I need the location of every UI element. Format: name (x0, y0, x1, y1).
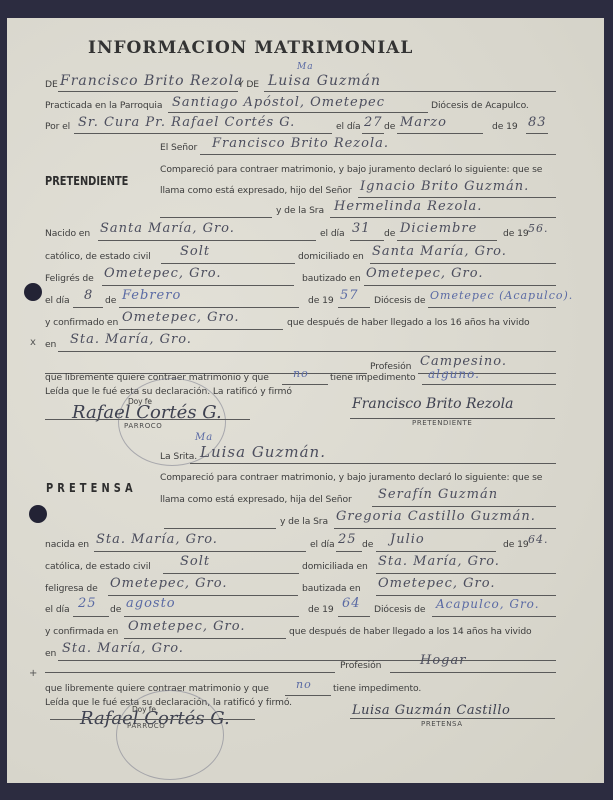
de-label-2: de (384, 121, 395, 133)
diocesis-label: Diócesis de (374, 604, 425, 616)
civil-status-field[interactable]: Solt (180, 555, 210, 569)
pretendiente-section-label: PRETENDIENTE (45, 174, 128, 188)
birth-year-field[interactable]: 56. (528, 222, 549, 236)
birth-year-label: de 19 (503, 228, 529, 240)
mother-field[interactable]: Gregoria Castillo Guzmán. (336, 510, 536, 524)
birth-year-field[interactable]: 64. (528, 533, 549, 547)
bride-signature: Luisa Guzmán Castillo (352, 703, 510, 718)
bapt-month-field[interactable]: agosto (126, 597, 176, 611)
birth-day-line (336, 551, 362, 552)
domicile-line (376, 573, 556, 574)
blank-line-3 (164, 528, 276, 529)
por-el-label: Por el (45, 121, 70, 133)
groom-name-line (58, 91, 238, 92)
birth-month-field[interactable]: Julio (390, 533, 425, 547)
blank-line-4 (45, 672, 335, 673)
bapt-month-line (124, 616, 299, 617)
groom-full-name-field[interactable]: Francisco Brito Rezola. (212, 137, 389, 151)
bapt-day-field[interactable]: 8 (84, 289, 93, 303)
lived-in-field[interactable]: Sta. María, Gro. (70, 333, 192, 347)
feligres-line (102, 285, 294, 286)
no-value-line (282, 384, 328, 385)
year-label: de 19 (492, 121, 518, 133)
civil-status-line (161, 263, 295, 264)
confirmed-in-field[interactable]: Ometepec, Gro. (122, 311, 240, 325)
profession-field[interactable]: Hogar (420, 654, 466, 668)
binder-hole-bottom (29, 505, 47, 523)
birth-year-label: de 19 (503, 539, 529, 551)
margin-mark: + (29, 668, 37, 679)
catolica-label: católica, de estado civil (45, 561, 151, 573)
el-dia-label: el día (310, 539, 335, 551)
civil-status-line (163, 573, 299, 574)
no-value-field[interactable]: no (293, 367, 309, 381)
catolico-label: católico, de estado civil (45, 251, 151, 263)
domiciliado-label: domiciliado en (298, 251, 364, 263)
confirmed-in-line (124, 638, 286, 639)
lived-in-field[interactable]: Sta. María, Gro. (62, 642, 184, 656)
parroco-signature-line (50, 719, 255, 720)
diocesis-line (428, 307, 556, 308)
margin-mark: x (30, 337, 36, 348)
year-field[interactable]: 83 (528, 116, 547, 130)
feligres-label: Feligrés de (45, 273, 94, 285)
diocesis-label: Diócesis de (374, 295, 425, 307)
parroquia-field[interactable]: Santiago Apóstol, Ometepec (172, 96, 385, 110)
en-label: en (45, 339, 56, 351)
despues-text: que después de haber llegado a los 14 añ… (289, 626, 532, 638)
bapt-dia-label: el día (45, 604, 70, 616)
comparecio-text: Compareció para contraer matrimonio, y b… (160, 472, 542, 484)
en-label: en (45, 648, 56, 660)
bapt-month-field[interactable]: Febrero (122, 289, 181, 303)
document-title: INFORMACION MATRIMONIAL (88, 38, 413, 58)
feligresa-label: feligresa de (45, 583, 98, 595)
parroco-signature-line (45, 419, 250, 420)
lived-in-line (58, 660, 556, 661)
birth-day-line (350, 240, 384, 241)
parroco-caption: PARROCO (124, 422, 162, 430)
bapt-year-label: de 19 (308, 295, 334, 307)
tiene-impedimento-label: tiene impedimento (330, 372, 416, 384)
day-line (362, 133, 384, 134)
birth-day-field[interactable]: 25 (338, 533, 357, 547)
birthplace-line (94, 551, 306, 552)
groom-signature: Francisco Brito Rezola (352, 396, 513, 412)
groom-name-field[interactable]: Francisco Brito Rezola (60, 74, 243, 88)
month-line (397, 133, 483, 134)
day-field[interactable]: 27 (364, 116, 383, 130)
bapt-year-field[interactable]: 57 (340, 289, 359, 303)
profession-line (390, 672, 556, 673)
mother-line (330, 217, 556, 218)
de-label: de (384, 228, 395, 240)
bapt-dia-label: el día (45, 295, 70, 307)
lived-in-line (58, 351, 556, 352)
birth-month-field[interactable]: Diciembre (400, 222, 477, 236)
binder-hole-top (24, 283, 42, 301)
bautizado-label: bautizado en (302, 273, 361, 285)
birth-day-field[interactable]: 31 (352, 222, 371, 236)
bapt-day-field[interactable]: 25 (78, 597, 97, 611)
parroquia-label: Practicada en la Parroquia (45, 100, 162, 112)
month-field[interactable]: Marzo (400, 116, 447, 130)
el-senor-label: El Señor (160, 142, 197, 154)
bride-name-line (264, 91, 556, 92)
bapt-year-label: de 19 (308, 604, 334, 616)
blank-line-1 (160, 217, 272, 218)
bapt-day-line (73, 616, 109, 617)
pretensa-section-label: PRETENSA (46, 481, 137, 495)
parroquia-line (168, 112, 428, 113)
baptized-in-line (376, 595, 556, 596)
bapt-day-line (73, 307, 103, 308)
bapt-year-field[interactable]: 64 (342, 597, 361, 611)
llama-label: llama como está expresado, hijo del Seño… (160, 185, 352, 197)
el-dia-label: el día (336, 121, 361, 133)
year-line (526, 133, 548, 134)
birthplace-field[interactable]: Sta. María, Gro. (96, 533, 218, 547)
birthplace-field[interactable]: Santa María, Gro. (100, 222, 235, 236)
de-label: DE (45, 79, 58, 91)
civil-status-field[interactable]: Solt (180, 245, 210, 259)
no-value-line (285, 695, 331, 696)
por-el-line (74, 133, 332, 134)
tiene-impedimento-label: tiene impedimento. (333, 683, 421, 695)
domicile-field[interactable]: Santa María, Gro. (372, 245, 507, 259)
bapt-de-label: de (110, 604, 121, 616)
bapt-month-line (119, 307, 299, 308)
diocesis-acapulco-label: Diócesis de Acapulco. (431, 100, 529, 112)
father-field[interactable]: Ignacio Brito Guzmán. (360, 180, 529, 194)
pretensa-caption: PRETENSA (421, 720, 463, 728)
domiciliada-label: domiciliada en (302, 561, 368, 573)
father-field[interactable]: Serafín Guzmán (378, 488, 498, 502)
por-el-field[interactable]: Sr. Cura Pr. Rafael Cortés G. (78, 116, 295, 130)
no-value-field[interactable]: no (296, 678, 312, 692)
pretendiente-caption: PRETENDIENTE (412, 419, 472, 427)
birth-month-line (397, 240, 497, 241)
baptized-in-field[interactable]: Ometepec, Gro. (378, 577, 496, 591)
baptized-in-field[interactable]: Ometepec, Gro. (366, 267, 484, 281)
profesion-label: Profesión (340, 660, 381, 672)
feligresa-field[interactable]: Ometepec, Gro. (110, 577, 228, 591)
la-srita-label: La Srita. (160, 451, 197, 463)
diocesis-line (432, 616, 556, 617)
birth-month-line (376, 551, 496, 552)
mother-line (334, 528, 556, 529)
groom-full-name-line (200, 154, 556, 155)
el-dia-label: el día (320, 228, 345, 240)
bride-full-name-line (190, 463, 556, 464)
y-de-la-sra-label: y de la Sra (276, 205, 324, 217)
nacida-label: nacida en (45, 539, 89, 551)
birthplace-line (98, 240, 316, 241)
bapt-year-line (338, 616, 370, 617)
diocesis-field[interactable]: Ometepec (Acapulco). (430, 289, 573, 303)
despues-text: que después de haber llegado a los 16 añ… (287, 317, 530, 329)
impedimento-line (422, 384, 556, 385)
father-line (372, 506, 556, 507)
mother-field[interactable]: Hermelinda Rezola. (334, 200, 482, 214)
domicile-field[interactable]: Sta. María, Gro. (378, 555, 500, 569)
bautizada-label: bautizada en (302, 583, 361, 595)
y-de-label: Y DE (238, 79, 259, 91)
feligres-field[interactable]: Ometepec, Gro. (104, 267, 222, 281)
confirmado-label: y confirmado en (45, 317, 118, 329)
y-de-la-sra-label: y de la Sra (280, 516, 328, 528)
baptized-in-line (364, 285, 556, 286)
bapt-year-line (338, 307, 370, 308)
confirmed-in-line (119, 329, 283, 330)
impedimento-field[interactable]: alguno. (428, 367, 480, 381)
father-line (358, 197, 556, 198)
parroco-caption: PARROCO (127, 722, 165, 730)
comparecio-text: Compareció para contraer matrimonio, y b… (160, 164, 542, 176)
llama-label: llama como está expresado, hija del Seño… (160, 494, 352, 506)
bride-name-field[interactable]: Luisa Guzmán (268, 74, 381, 88)
domicile-line (370, 263, 556, 264)
bride-full-name-field[interactable]: Luisa Guzmán. (200, 445, 326, 459)
diocesis-field[interactable]: Acapulco, Gro. (436, 597, 540, 611)
confirmada-label: y confirmada en (45, 626, 118, 638)
confirmed-in-field[interactable]: Ometepec, Gro. (128, 620, 246, 634)
bride-signature-line (350, 718, 555, 719)
nacido-label: Nacido en (45, 228, 90, 240)
bapt-de-label: de (105, 295, 116, 307)
bride-name-insert: Ma (297, 60, 314, 74)
de-label: de (362, 539, 373, 551)
